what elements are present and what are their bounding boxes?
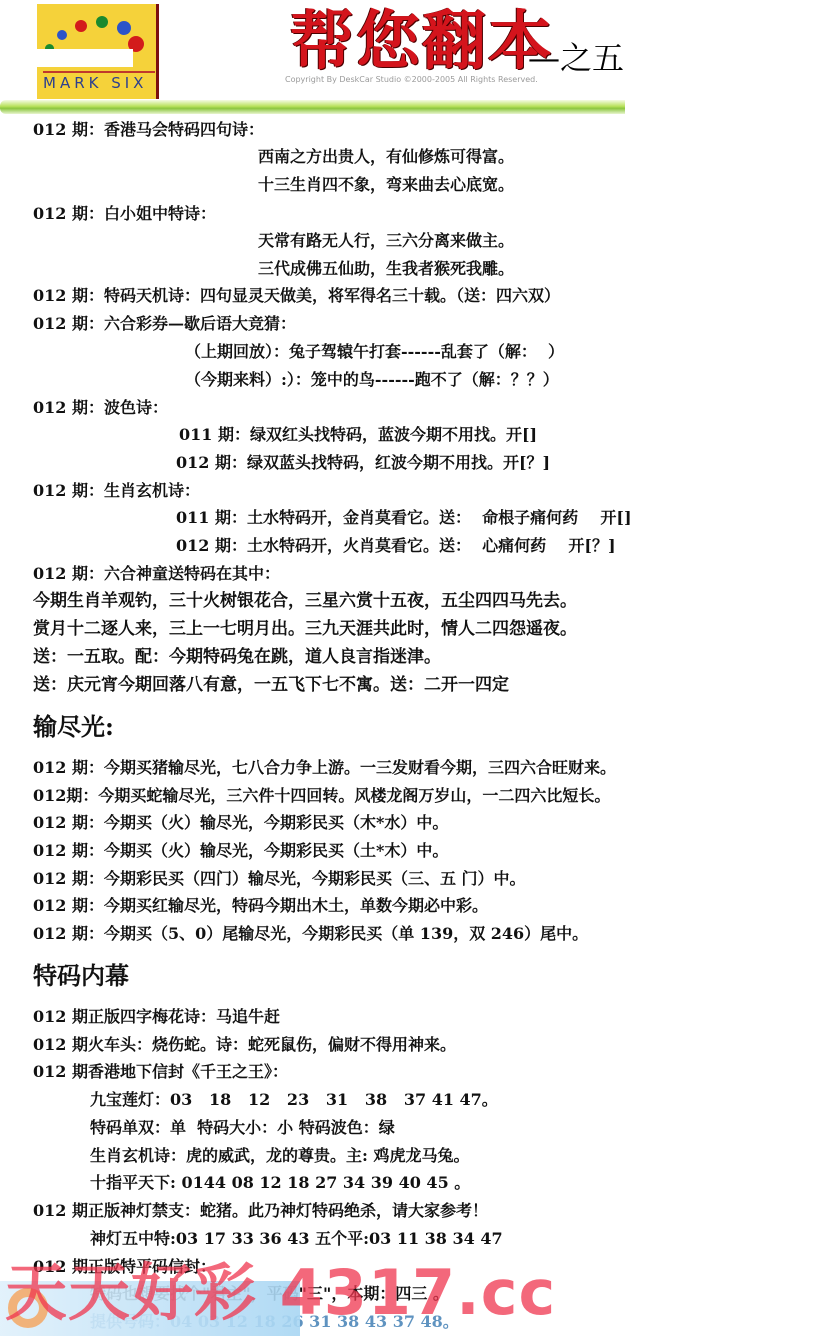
- text-line: 012 期：香港马会特码四句诗：: [33, 118, 264, 142]
- text-line: 012 期：六合神童送特码在其中：: [33, 562, 280, 586]
- poem-line: 西南之方出贵人，有仙修炼可得富。: [258, 145, 514, 169]
- riddle-line: （上期回放）：兔子驾辕午打套------乱套了（解： ）: [185, 340, 564, 364]
- banner-title-suffix: —之五: [528, 38, 624, 78]
- header-divider-bar: [0, 100, 625, 114]
- logo-white-bar: [37, 49, 133, 67]
- loss-line: 012期：今期买蛇输尽光，三六件十四回转。风楼龙阁万岁山，一二四六比短长。: [33, 784, 610, 808]
- inside-line: 012 期火车头：烧伤蛇。诗：蛇死鼠伤，偏财不得用神来。: [33, 1033, 456, 1057]
- text-line: 012 期：六合彩券—歇后语大竞猜：: [33, 312, 296, 336]
- section-title-inside: 特码内幕: [33, 960, 129, 992]
- inside-line: 生肖玄机诗：虎的威武，龙的尊贵。主: 鸡虎龙马兔。: [90, 1144, 469, 1168]
- inside-line: 十指平天下: 0144 08 12 18 27 34 39 40 45 。: [90, 1171, 470, 1195]
- watermark-text: 天天好彩 4317.cc: [5, 1258, 556, 1328]
- mark-six-logo: MARK SIX: [37, 4, 159, 99]
- loss-line: 012 期：今期买红输尽光，特码今期出木土，单数今期必中彩。: [33, 894, 488, 918]
- text-line: 送：一五取。配：今期特码兔在跳，道人良言指迷津。: [33, 645, 441, 669]
- logo-dot: [117, 21, 131, 35]
- inside-line: 012 期香港地下信封《千王之王》：: [33, 1060, 288, 1084]
- inside-line: 012 期正版四字梅花诗：马追牛赶: [33, 1005, 280, 1029]
- inside-line: 特码单双：单 特码大小：小 特码波色：绿: [90, 1116, 395, 1140]
- riddle-line: （今期来料）:）：笼中的鸟------跑不了（解：？？）: [185, 368, 559, 392]
- inside-line: 神灯五中特:03 17 33 36 43 五个平:03 11 38 34 47: [90, 1227, 503, 1251]
- logo-dot: [96, 16, 108, 28]
- text-line: 012 期：特码天机诗：四句显灵天做美，将军得名三十载。（送：四六双）: [33, 284, 560, 308]
- poem-line: 十三生肖四不象，弯来曲去心底宽。: [258, 173, 514, 197]
- text-line: 今期生肖羊观钓，三十火树银花合，三星六赏十五夜，五尘四四马先去。: [33, 589, 577, 613]
- logo-dot: [75, 20, 87, 32]
- loss-line: 012 期：今期买（火）输尽光，今期彩民买（木*水）中。: [33, 811, 448, 835]
- page-header: MARK SIX Copyright By DeskCar Studio ©20…: [0, 0, 833, 118]
- inside-line: 九宝莲灯：03 18 12 23 31 38 37 41 47。: [90, 1088, 498, 1112]
- color-poem-line: 012 期：绿双蓝头找特码，红波今期不用找。开[？]: [176, 451, 550, 475]
- text-line: 送：庆元宵今期回落八有意，一五飞下七不寓。送：二开一四定: [33, 673, 509, 697]
- loss-line: 012 期：今期买猪输尽光，七八合力争上游。一三发财看今期，三四六合旺财来。: [33, 756, 616, 780]
- text-line: 012 期：白小姐中特诗：: [33, 202, 216, 226]
- text-line: 012 期：生肖玄机诗：: [33, 479, 200, 503]
- loss-line: 012 期：今期彩民买（四门）输尽光，今期彩民买（三、五 门）中。: [33, 867, 526, 891]
- loss-line: 012 期：今期买（火）输尽光，今期彩民买（土*木）中。: [33, 839, 448, 863]
- logo-dot: [57, 30, 67, 40]
- poem-line: 天常有路无人行，三六分离来做主。: [258, 229, 514, 253]
- zodiac-poem-line: 011 期：土水特码开，金肖莫看它。送： 命根子痛何药 开[]: [176, 506, 632, 530]
- text-line: 赏月十二逐人来，三上一七明月出。三九天涯共此时，情人二四怨遥夜。: [33, 617, 577, 641]
- zodiac-poem-line: 012 期：土水特码开，火肖莫看它。送： 心痛何药 开[？]: [176, 534, 616, 558]
- color-poem-line: 011 期：绿双红头找特码，蓝波今期不用找。开[]: [179, 423, 537, 447]
- inside-line: 012 期正版神灯禁支：蛇猪。此乃神灯特码绝杀，请大家参考！: [33, 1199, 488, 1223]
- text-line: 012 期：波色诗：: [33, 396, 168, 420]
- logo-text: MARK SIX: [43, 71, 155, 92]
- loss-line: 012 期：今期买（5、0）尾输尽光，今期彩民买（单 139，双 246）尾中。: [33, 922, 588, 946]
- section-title-loss: 输尽光:: [33, 711, 114, 743]
- poem-line: 三代成佛五仙助，生我者猴死我雕。: [258, 257, 514, 281]
- banner-title: 帮您翻本: [290, 0, 554, 84]
